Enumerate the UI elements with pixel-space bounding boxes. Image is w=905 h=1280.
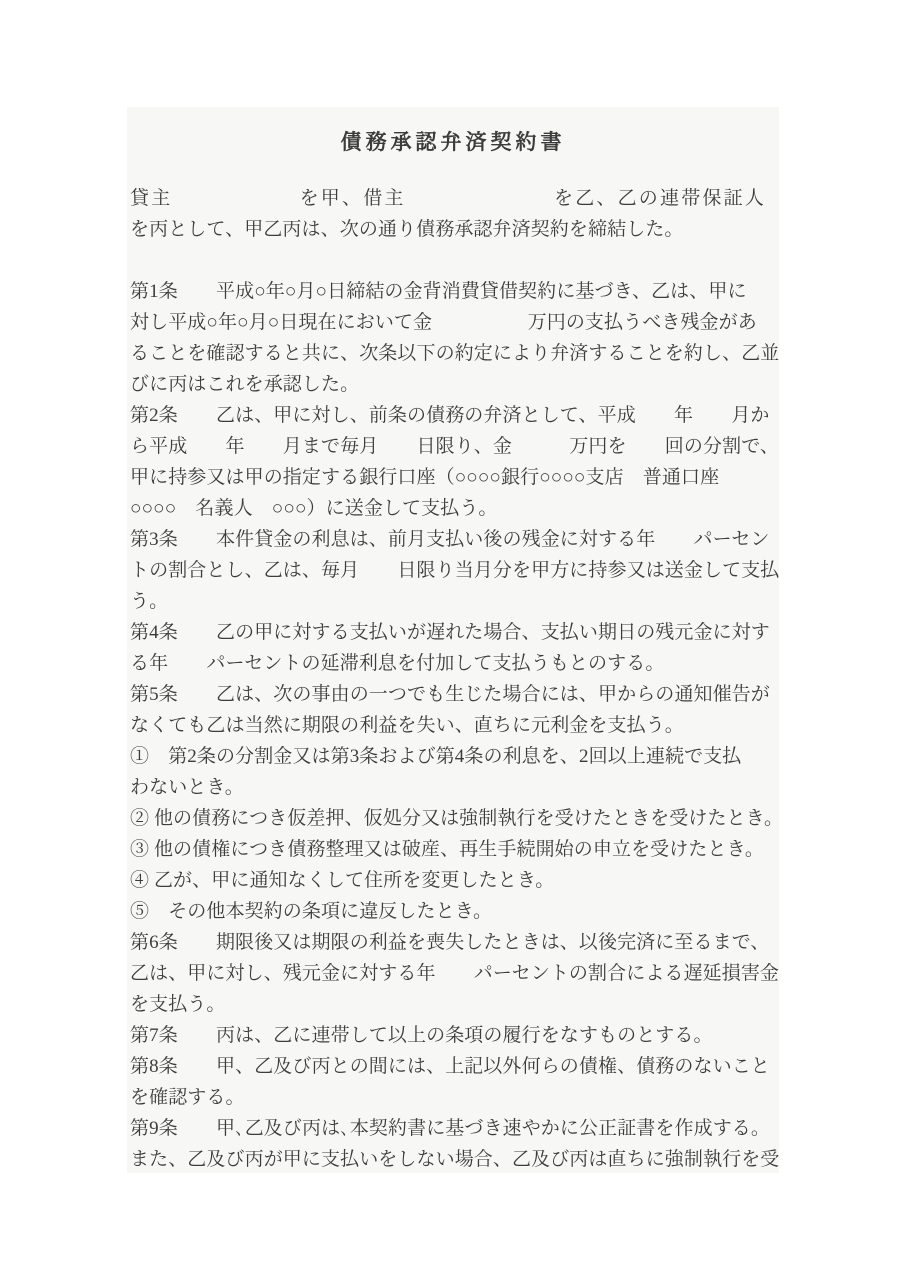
- document-line: 甲に持参又は甲の指定する銀行口座（○○○○銀行○○○○支店 普通口座: [130, 462, 776, 493]
- document-line: ることを確認すると共に、次条以下の約定により弁済することを約し、乙並: [130, 338, 776, 369]
- document-line: [130, 245, 776, 276]
- document-line: 対し平成○年○月○日現在において金 万円の支払うべき残金があ: [130, 307, 776, 338]
- document-line: 貸主 を甲、借主 を乙、乙の連帯保証人: [130, 183, 776, 214]
- document-line: 第2条 乙は、甲に対し、前条の債務の弁済として、平成 年 月か: [130, 400, 776, 431]
- document-line: ③ 他の債権につき債務整理又は破産、再生手続開始の申立を受けたとき。: [130, 834, 776, 865]
- document-line: 第4条 乙の甲に対する支払いが遅れた場合、支払い期日の残元金に対す: [130, 617, 776, 648]
- document-line: 第3条 本件貸金の利息は、前月支払い後の残金に対する年 パーセン: [130, 524, 776, 555]
- document-line: 乙は、甲に対し、残元金に対する年 パーセントの割合による遅延損害金: [130, 958, 776, 989]
- document-line: ら平成 年 月まで毎月 日限り、金 万円を 回の分割で、: [130, 431, 776, 462]
- document-line: 第8条 甲、乙及び丙との間には、上記以外何らの債権、債務のないこと: [130, 1051, 776, 1082]
- document-line: ⑤ その他本契約の条項に違反したとき。: [130, 896, 776, 927]
- document-page: 債務承認弁済契約書 貸主 を甲、借主 を乙、乙の連帯保証人を丙として、甲乙丙は、…: [127, 107, 779, 1173]
- document-title: 債務承認弁済契約書: [130, 127, 776, 158]
- document-line: を丙として、甲乙丙は、次の通り債務承認弁済契約を締結した。: [130, 214, 776, 245]
- document-body: 貸主 を甲、借主 を乙、乙の連帯保証人を丙として、甲乙丙は、次の通り債務承認弁済…: [130, 183, 776, 1173]
- document-line: ○○○○ 名義人 ○○○）に送金して支払う。: [130, 493, 776, 524]
- document-line: なくても乙は当然に期限の利益を失い、直ちに元利金を支払う。: [130, 710, 776, 741]
- document-line: わないとき。: [130, 772, 776, 803]
- document-line: びに丙はこれを承認した。: [130, 369, 776, 400]
- document-line: る年 パーセントの延滞利息を付加して支払うもとのする。: [130, 648, 776, 679]
- document-line: う。: [130, 586, 776, 617]
- document-line: 第7条 丙は、乙に連帯して以上の条項の履行をなすものとする。: [130, 1020, 776, 1051]
- document-line: また、乙及び丙が甲に支払いをしない場合、乙及び丙は直ちに強制執行を受: [130, 1144, 776, 1173]
- document-line: を確認する。: [130, 1082, 776, 1113]
- document-line: を支払う。: [130, 989, 776, 1020]
- document-line: 第9条 甲､乙及び丙は､本契約書に基づき速やかに公正証書を作成する。: [130, 1113, 776, 1144]
- document-line: ① 第2条の分割金又は第3条および第4条の利息を、2回以上連続で支払: [130, 741, 776, 772]
- document-line: 第5条 乙は、次の事由の一つでも生じた場合には、甲からの通知催告が: [130, 679, 776, 710]
- document-line: 第6条 期限後又は期限の利益を喪失したときは、以後完済に至るまで、: [130, 927, 776, 958]
- document-line: トの割合とし、乙は、毎月 日限り当月分を甲方に持参又は送金して支払: [130, 555, 776, 586]
- document-line: ④ 乙が、甲に通知なくして住所を変更したとき。: [130, 865, 776, 896]
- document-line: ② 他の債務につき仮差押、仮処分又は強制執行を受けたときを受けたとき。: [130, 803, 776, 834]
- document-line: 第1条 平成○年○月○日締結の金背消費貸借契約に基づき、乙は、甲に: [130, 276, 776, 307]
